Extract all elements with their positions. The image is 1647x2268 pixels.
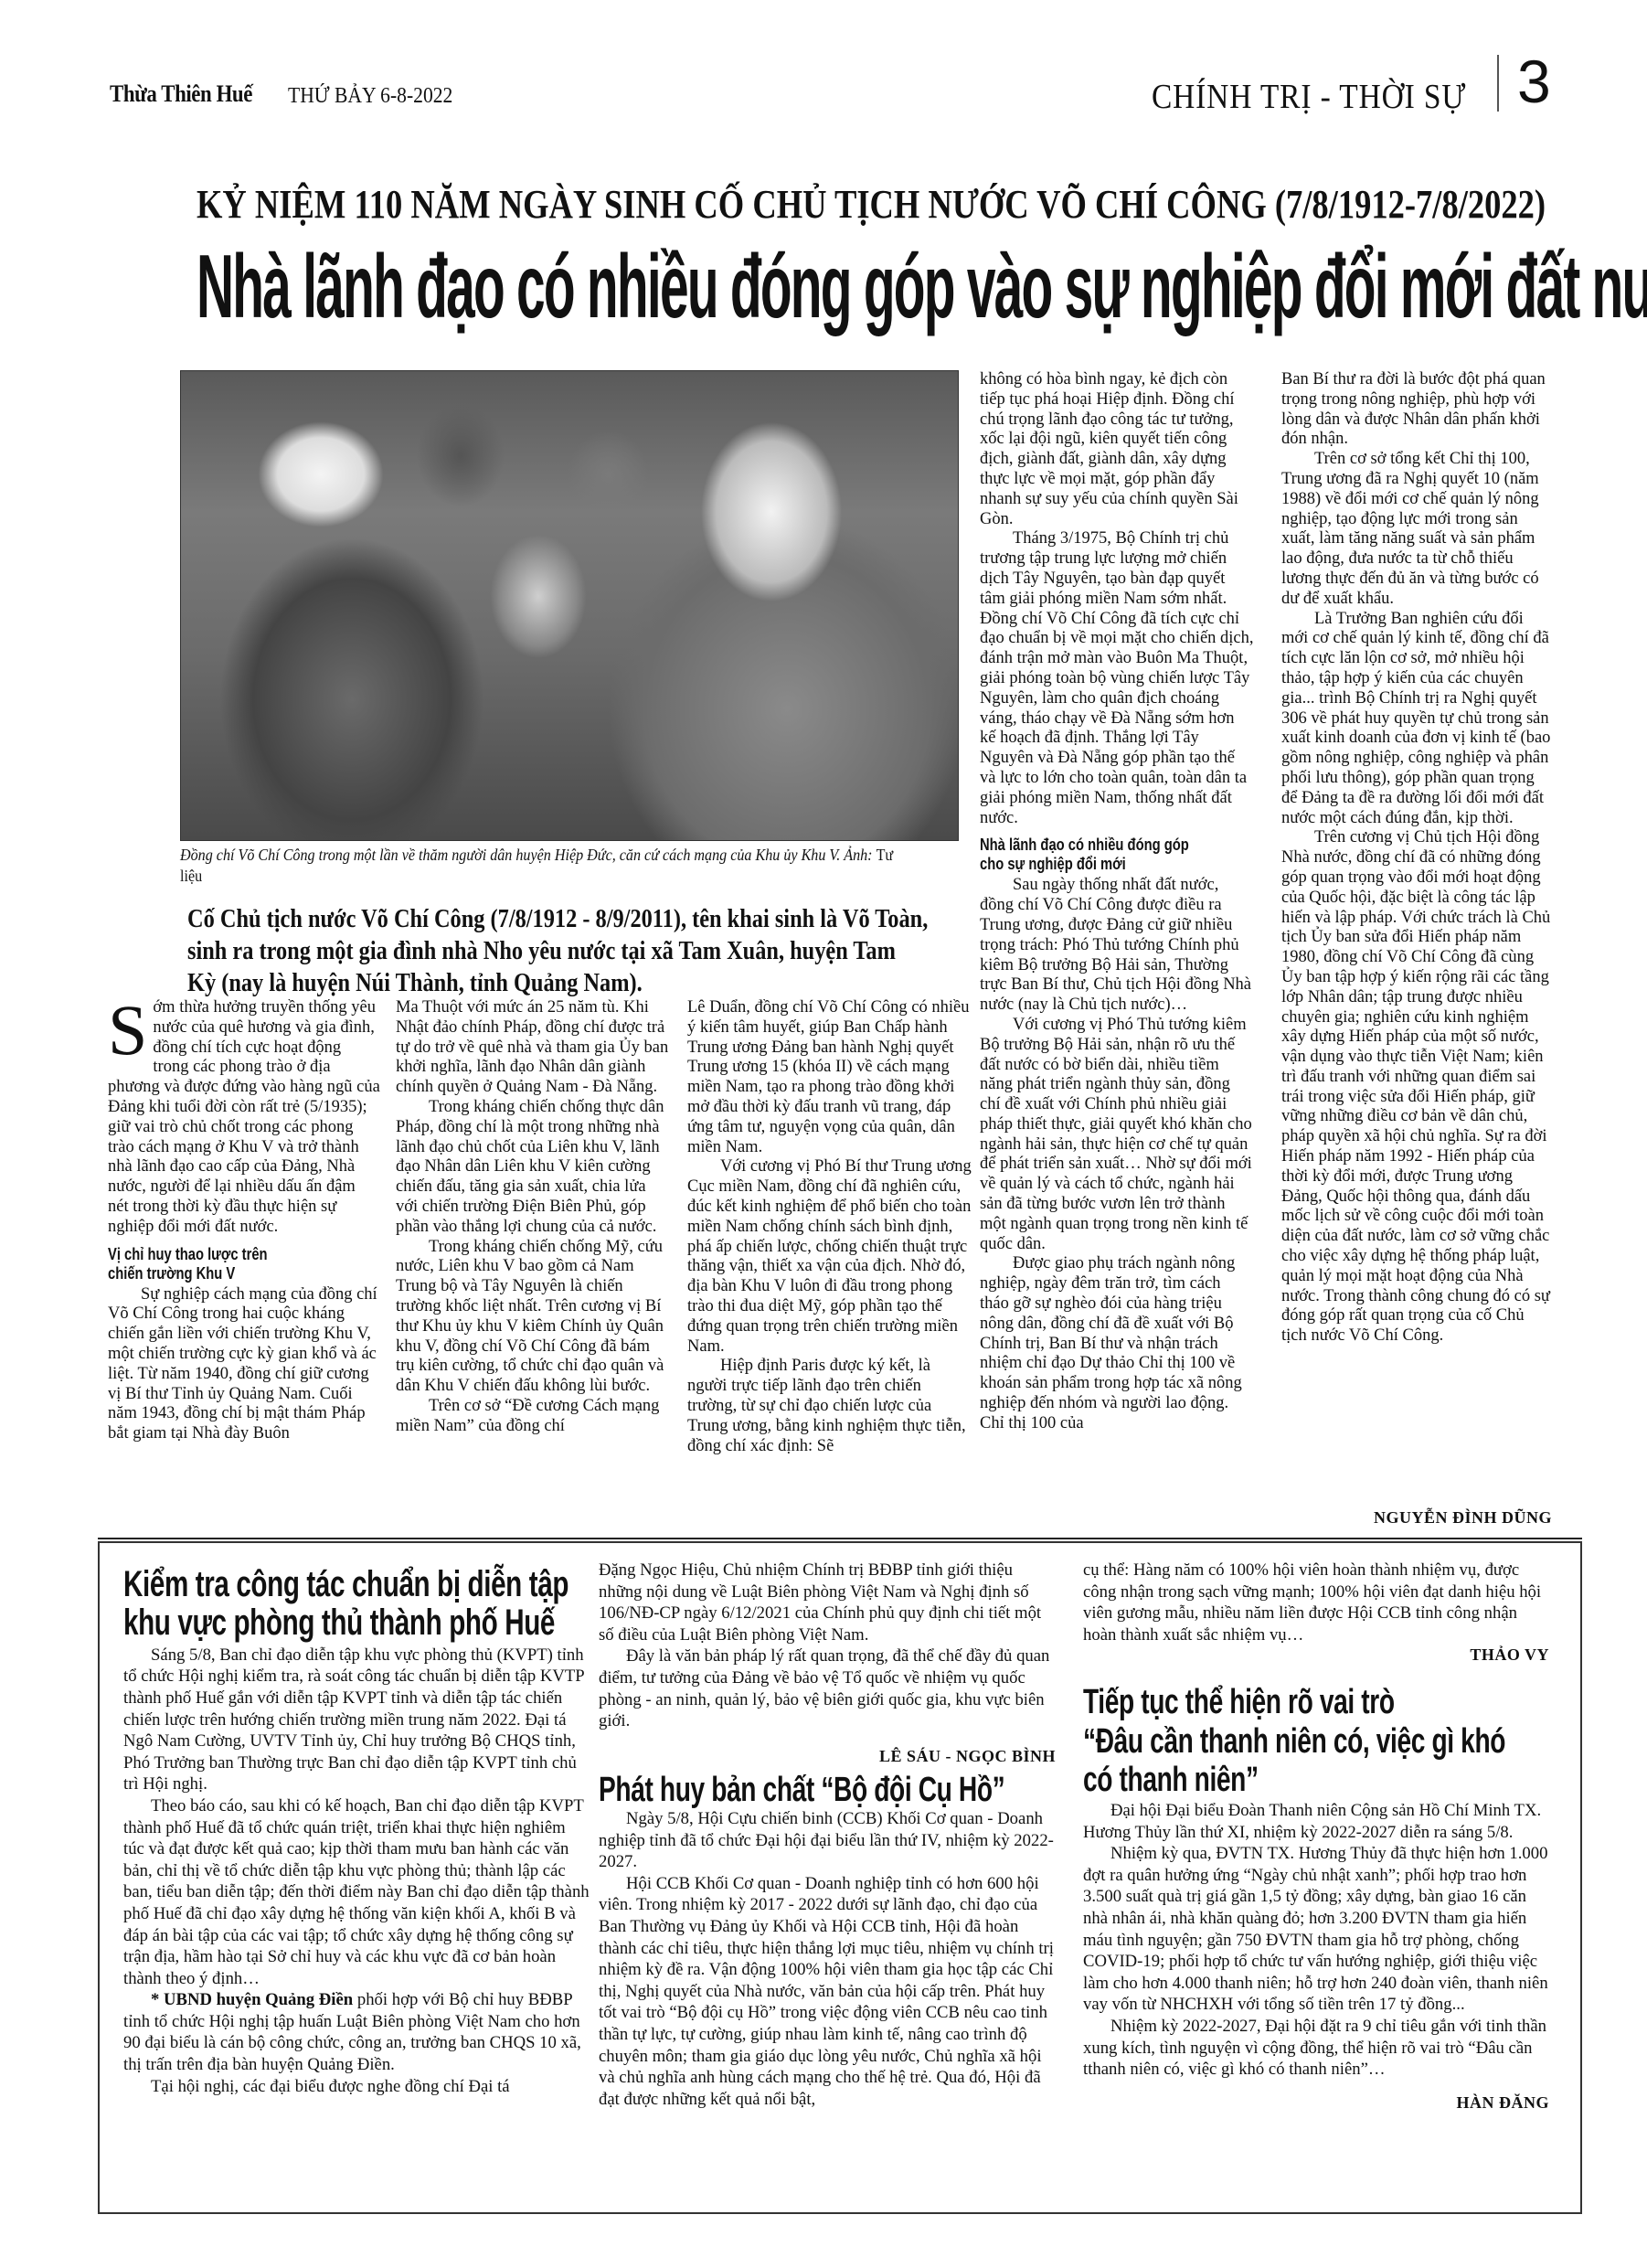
- paragraph: Đây là văn bản pháp lý rất quan trọng, đ…: [599, 1645, 1056, 1731]
- story-body: cụ thể: Hàng năm có 100% hội viên hoàn t…: [1083, 1560, 1549, 1645]
- story-body: Đại hội Đại biểu Đoàn Thanh niên Cộng sả…: [1083, 1800, 1549, 2081]
- section-divider: [98, 1538, 1582, 1539]
- article-column-2: Ma Thuột với mức án 25 năm tù. Khi Nhật …: [396, 998, 672, 1437]
- paragraph: Nhiệm kỳ qua, ĐVTN TX. Hương Thủy đã thự…: [1083, 1843, 1549, 2016]
- paragraph: Ma Thuột với mức án 25 năm tù. Khi Nhật …: [396, 998, 672, 1098]
- section-title: CHÍNH TRỊ - THỜI SỰ: [1152, 77, 1466, 117]
- paragraph: Ban Bí thư ra đời là bước đột phá quan t…: [1281, 370, 1552, 450]
- article-column-5: Ban Bí thư ra đời là bước đột phá quan t…: [1281, 370, 1552, 1347]
- article-column-1: Sớm thừa hưởng truyền thống yêu nước của…: [108, 998, 380, 1444]
- story-body: Đặng Ngọc Hiệu, Chủ nhiệm Chính trị BĐBP…: [599, 1560, 1056, 1732]
- paragraph: Trong kháng chiến chống thực dân Pháp, đ…: [396, 1098, 672, 1238]
- paragraph: Lê Duẩn, đồng chí Võ Chí Công có nhiều ý…: [687, 998, 972, 1157]
- story-headline: Kiểm tra công tác chuẩn bị diễn tập khu …: [123, 1565, 468, 1643]
- story-headline: Phát huy bản chất “Bộ đội Cụ Hồ”: [599, 1772, 937, 1808]
- article-kicker: KỶ NIỆM 110 NĂM NGÀY SINH CỐ CHỦ TỊCH NƯ…: [197, 181, 1319, 228]
- paragraph: Đặng Ngọc Hiệu, Chủ nhiệm Chính trị BĐBP…: [599, 1560, 1056, 1645]
- paragraph: Trên cơ sở “Đề cương Cách mạng miền Nam”…: [396, 1397, 672, 1437]
- paragraph: Là Trưởng Ban nghiên cứu đổi mới cơ chế …: [1281, 610, 1552, 829]
- paragraph: Trên cương vị Chủ tịch Hội đồng Nhà nước…: [1281, 828, 1552, 1347]
- paragraph: Nhiệm kỳ 2022-2027, Đại hội đặt ra 9 chỉ…: [1083, 2016, 1549, 2081]
- paragraph: Hội CCB Khối Cơ quan - Doanh nghiệp tỉnh…: [599, 1873, 1056, 2111]
- newspaper-name: Thừa Thiên Huế: [110, 80, 252, 108]
- article-column-3: Lê Duẩn, đồng chí Võ Chí Công có nhiều ý…: [687, 998, 972, 1456]
- paragraph: không có hòa bình ngay, kẻ địch còn tiếp…: [980, 370, 1254, 529]
- paragraph: Với cương vị Phó Thủ tướng kiêm Bộ trưởn…: [980, 1016, 1254, 1255]
- article-lede: Cố Chủ tịch nước Võ Chí Công (7/8/1912 -…: [187, 903, 833, 998]
- subheading: Vị chỉ huy thao lược trên chiến trường K…: [108, 1245, 331, 1283]
- drop-cap: S: [108, 1002, 147, 1059]
- story-byline: THẢO VY: [1083, 1645, 1549, 1665]
- article-column-4: không có hòa bình ngay, kẻ địch còn tiếp…: [980, 370, 1254, 1434]
- news-story-defense-drill: Kiểm tra công tác chuẩn bị diễn tập khu …: [123, 1565, 590, 2097]
- story-body: Ngày 5/8, Hội Cựu chiến binh (CCB) Khối …: [599, 1808, 1056, 2110]
- paragraph: Tháng 3/1975, Bộ Chính trị chủ trương tậ…: [980, 529, 1254, 828]
- paragraph: Được giao phụ trách ngành nông nghiệp, n…: [980, 1254, 1254, 1433]
- paragraph: Sớm thừa hưởng truyền thống yêu nước của…: [108, 998, 380, 1238]
- paragraph: Trong kháng chiến chống Mỹ, cứu nước, Li…: [396, 1238, 672, 1397]
- paragraph: cụ thể: Hàng năm có 100% hội viên hoàn t…: [1083, 1560, 1549, 1645]
- issue-date: THỨ BẢY 6-8-2022: [288, 84, 452, 109]
- story-body: Sáng 5/8, Ban chỉ đạo diễn tập khu vực p…: [123, 1645, 590, 2097]
- paragraph: Trên cơ sở tổng kết Chỉ thị 100, Trung ư…: [1281, 450, 1552, 609]
- paragraph: Hiệp định Paris được ký kết, là người tr…: [687, 1357, 972, 1456]
- masthead-divider: [1497, 55, 1499, 112]
- lede-line: Kỳ (nay là huyện Núi Thành, tỉnh Quảng N…: [187, 967, 833, 999]
- article-photo: [180, 370, 959, 841]
- paragraph: Sự nghiệp cách mạng của đồng chí Võ Chí …: [108, 1285, 380, 1444]
- page-number: 3: [1517, 51, 1551, 112]
- paragraph: Đại hội Đại biểu Đoàn Thanh niên Cộng sả…: [1083, 1800, 1549, 1843]
- story-byline: HÀN ĐĂNG: [1083, 2093, 1549, 2113]
- story-headline: Tiếp tục thể hiện rõ vai trò “Đâu cần th…: [1083, 1683, 1428, 1800]
- article-byline: NGUYỄN ĐÌNH DŨNG: [1281, 1508, 1552, 1528]
- article-headline: Nhà lãnh đạo có nhiều đóng góp vào sự ng…: [197, 240, 992, 334]
- paragraph: Tại hội nghị, các đại biểu được nghe đồn…: [123, 2076, 590, 2098]
- paragraph: Theo báo cáo, sau khi có kế hoạch, Ban c…: [123, 1795, 590, 1989]
- paragraph: Sau ngày thống nhất đất nước, đồng chí V…: [980, 876, 1254, 1016]
- caption-text: Đồng chí Võ Chí Công trong một lần về th…: [180, 846, 877, 864]
- news-column-middle: Đặng Ngọc Hiệu, Chủ nhiệm Chính trị BĐBP…: [599, 1560, 1056, 2110]
- paragraph: Ngày 5/8, Hội Cựu chiến binh (CCB) Khối …: [599, 1808, 1056, 1873]
- lede-line: Cố Chủ tịch nước Võ Chí Công (7/8/1912 -…: [187, 903, 833, 935]
- lede-line: sinh ra trong một gia đình nhà Nho yêu n…: [187, 935, 833, 967]
- subheading: Nhà lãnh đạo có nhiều đóng góp cho sự ng…: [980, 836, 1205, 874]
- story-byline: LÊ SÁU - NGỌC BÌNH: [599, 1747, 1056, 1766]
- news-column-right: cụ thể: Hàng năm có 100% hội viên hoàn t…: [1083, 1560, 1549, 2113]
- photo-caption: Đồng chí Võ Chí Công trong một lần về th…: [180, 845, 903, 887]
- paragraph: Với cương vị Phó Bí thư Trung ương Cục m…: [687, 1157, 972, 1357]
- paragraph: Sáng 5/8, Ban chỉ đạo diễn tập khu vực p…: [123, 1645, 590, 1795]
- paragraph: * UBND huyện Quảng Điền phối hợp với Bộ …: [123, 1989, 590, 2075]
